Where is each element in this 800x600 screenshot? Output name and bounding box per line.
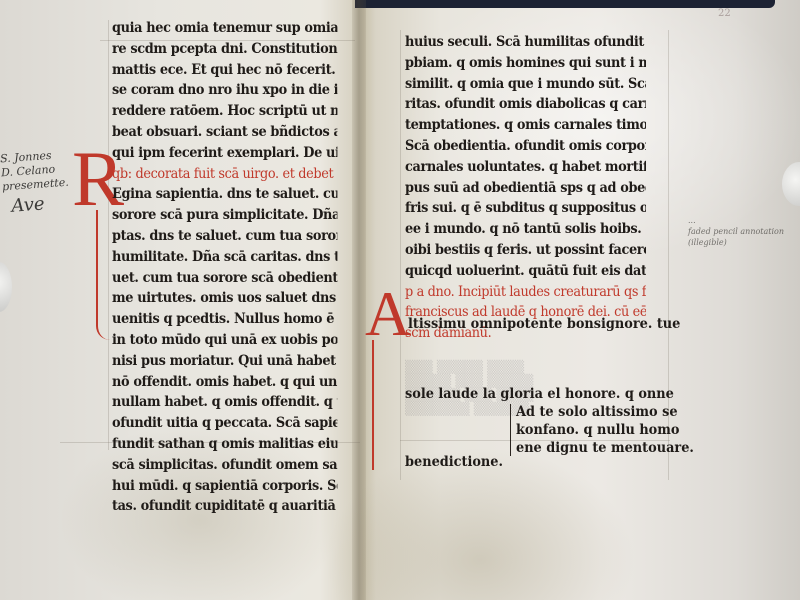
text-line: in toto mūdo qui unā ex uobis possit ha	[112, 330, 337, 351]
text-line: carnales uoluntates. q habet mortificatū…	[405, 157, 646, 178]
left-margin-note: S. Jonnes D. Celano presemette. Ave	[0, 148, 71, 220]
text-line: temptationes. q omis carnales timores.	[405, 115, 646, 136]
gloved-finger-right	[782, 162, 800, 206]
canticle-line: konfano. q nullu homo	[516, 420, 680, 440]
canticle-line: sole laude la gloria el honore. q onne	[405, 384, 674, 404]
text-line: mattis ece. Et qui hec nō fecerit. scia	[112, 60, 337, 81]
text-line: re scdm pcepta dni. Constitutiones se	[112, 39, 337, 60]
text-line: huius seculi. Scā humilitas ofundit su	[405, 32, 646, 53]
margin-note-line: ...	[688, 215, 788, 226]
canticle-line: Ad te solo altissimo se	[516, 402, 678, 422]
decorated-initial-a: A	[365, 282, 405, 472]
book-cover-edge	[355, 0, 775, 8]
text-line: nullam habet. q omis offendit. q una qua	[112, 392, 337, 413]
text-line: uet. cum tua sorore scā obedientia. Scis	[112, 268, 337, 289]
rubric-line: qb: decorata fuit scā uirgo. et debet ee…	[112, 164, 337, 185]
text-line: fris sui. q ē subditus q suppositus oibi…	[405, 198, 646, 219]
folio-number: 22	[718, 8, 731, 19]
gloved-finger-left	[0, 262, 12, 312]
text-line: ofundit uitia q peccata. Scā sapientia c…	[112, 413, 337, 434]
text-line: hui mūdi. q sapientiā corporis. Scā paup	[112, 476, 337, 497]
text-line: scā simplicitas. ofundit omem sapienti	[112, 455, 337, 476]
text-line: Egina sapientia. dns te saluet. cum tua	[112, 184, 337, 205]
right-margin-note: ... faded pencil annotation (illegible)	[688, 215, 788, 248]
initial-flourish	[372, 340, 380, 470]
verse-bracket	[510, 404, 511, 456]
initial-flourish	[96, 210, 110, 340]
text-line: reddere ratōem. Hoc scriptū ut melius	[112, 101, 337, 122]
text-line: qui ipm fecerint exemplari. De uirtut	[112, 143, 337, 164]
text-line: ee i mundo. q nō tantū solis hoibs. sz e…	[405, 219, 646, 240]
left-page-text: quia hec omia tenemur sup omia obs re sc…	[112, 18, 357, 517]
text-line: fundit sathan q omis malitias eius. Pura	[112, 434, 337, 455]
text-line: beat obsuari. sciant se bñdictos a dno	[112, 122, 337, 143]
text-line: similit. q omia que i mundo sūt. Scā ca	[405, 74, 646, 95]
canticle-line: benedictione.	[405, 452, 503, 472]
canticle-line: ene dignu te mentouare.	[516, 438, 694, 458]
text-line: me uirtutes. omis uos saluet dns a quo	[112, 288, 337, 309]
text-line: humilitate. Dña scā caritas. dns te sa	[112, 247, 337, 268]
text-line: uenitis q pcedtis. Nullus homo ē pma	[112, 309, 337, 330]
text-line: sorore scā pura simplicitate. Dña scā pu	[112, 205, 337, 226]
manuscript-photo: 22 S. Jonnes D. Celano presemette. Ave R…	[0, 0, 800, 600]
text-line: pus suū ad obedientiā sps q ad obedienti…	[405, 178, 646, 199]
text-line: ritas. ofundit omis diabolicas q carnale…	[405, 94, 646, 115]
text-line: nisi pus moriatur. Qui unā habet q alia	[112, 351, 337, 372]
text-line: quia hec omia tenemur sup omia obs	[112, 18, 337, 39]
text-line: quicqd uoluerint. quātū fuit eis datū de…	[405, 261, 646, 282]
text-line: Scā obedientia. ofundit omis corporales …	[405, 136, 646, 157]
text-line: se coram dno nro ihu xpo in die iudicii	[112, 80, 337, 101]
right-page-text: huius seculi. Scā humilitas ofundit su p…	[405, 32, 667, 344]
rubric-line: p a dno. Incipiūt laudes creaturarū qs f…	[405, 282, 646, 303]
margin-note-line: (illegible)	[688, 237, 788, 248]
margin-note-ave: Ave	[11, 190, 71, 220]
text-line: pbiam. q omis homines qui sunt i mundo.	[405, 53, 646, 74]
text-line: ptas. dns te saluet. cum tua sorore sc	[112, 226, 337, 247]
canticle-line: ltissimu omnipotente bonsignore. tue	[408, 314, 680, 334]
text-line: oibi bestiis q feris. ut possint facere …	[405, 240, 646, 261]
text-line: nō offendit. omis habet. q qui unā offen…	[112, 372, 337, 393]
margin-note-line: faded pencil annotation	[688, 226, 788, 237]
text-line: tas. ofundit cupiditatē q auaritiā q cur…	[112, 496, 337, 517]
